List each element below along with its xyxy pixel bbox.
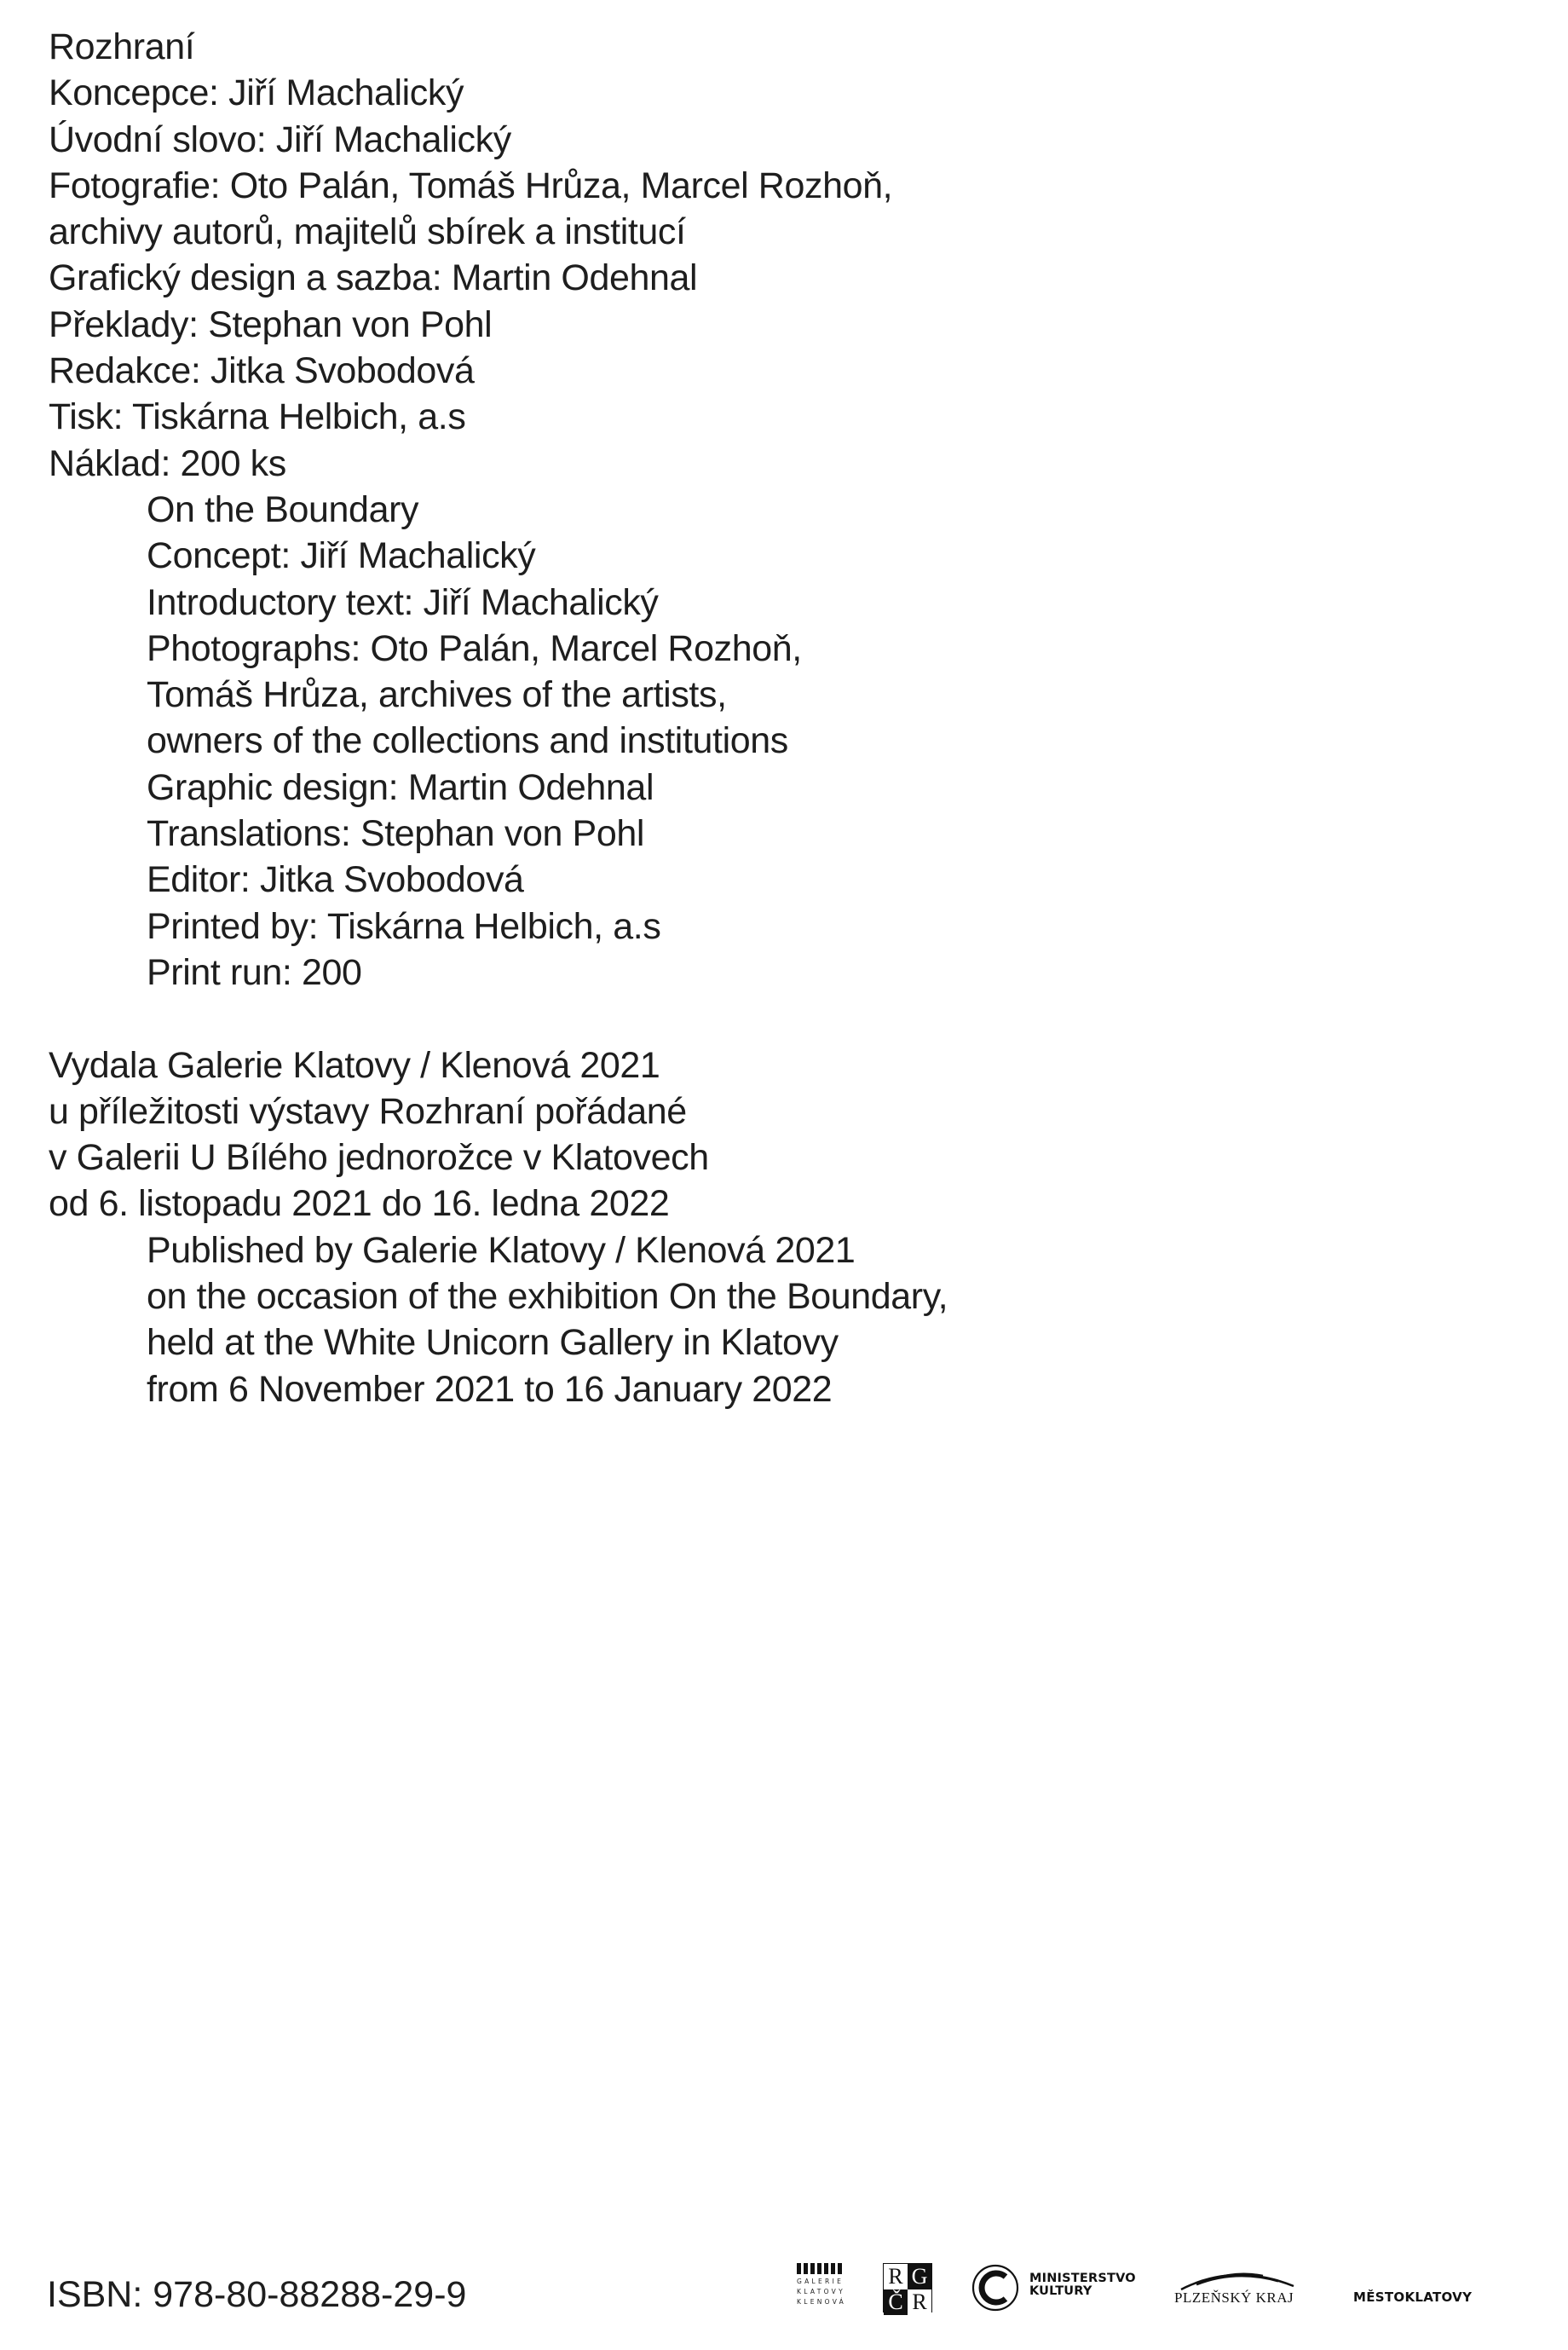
mesto-klatovy-logo: MĚSTOKLATOVY (1353, 2289, 1472, 2305)
credit-line-en: Translations: Stephan von Pohl (49, 811, 948, 857)
arc-icon (1174, 2267, 1302, 2291)
logo-letter: R (908, 2289, 931, 2315)
credit-line-en: Introductory text: Jiří Machalický (49, 580, 948, 626)
credit-line-cz: Překlady: Stephan von Pohl (49, 302, 948, 348)
spacer (49, 996, 948, 1042)
galerie-klatovy-logo: GALERIE KLATOVY KLENOVÁ (797, 2263, 846, 2307)
logo-text: PLZEŇSKÝ KRAJ (1174, 2289, 1302, 2307)
credit-line-en: Print run: 200 (49, 950, 948, 996)
logo-text: GALERIE (797, 2277, 846, 2287)
credit-line-en: owners of the collections and institutio… (49, 718, 948, 764)
colophon: Rozhraní Koncepce: Jiří Machalický Úvodn… (49, 24, 948, 1412)
rgcr-logo: R G Č R (883, 2263, 932, 2312)
credit-line-cz: Úvodní slovo: Jiří Machalický (49, 117, 948, 163)
publisher-line-cz: u příležitosti výstavy Rozhraní pořádané (49, 1088, 948, 1135)
credit-line-cz: Náklad: 200 ks (49, 441, 948, 487)
logo-text: KULTURY (1029, 2285, 1136, 2298)
credit-line-en: Photographs: Oto Palán, Marcel Rozhoň, (49, 626, 948, 672)
publisher-line-cz: od 6. listopadu 2021 do 16. ledna 2022 (49, 1181, 948, 1227)
ministerstvo-kultury-text: MINISTERSTVO KULTURY (1029, 2272, 1136, 2298)
title-cz: Rozhraní (49, 24, 948, 70)
credit-line-cz: Tisk: Tiskárna Helbich, a.s (49, 394, 948, 440)
publisher-line-cz: Vydala Galerie Klatovy / Klenová 2021 (49, 1042, 948, 1088)
publisher-line-en: on the occasion of the exhibition On the… (49, 1273, 948, 1319)
credit-line-cz: Fotografie: Oto Palán, Tomáš Hrůza, Marc… (49, 163, 948, 209)
logo-text: KLATOVY (797, 2287, 846, 2297)
publisher-line-en: held at the White Unicorn Gallery in Kla… (49, 1319, 948, 1366)
publisher-line-cz: v Galerii U Bílého jednorožce v Klatovec… (49, 1135, 948, 1181)
plzensky-kraj-logo: PLZEŇSKÝ KRAJ (1174, 2267, 1302, 2307)
credit-line-en: Graphic design: Martin Odehnal (49, 765, 948, 811)
logo-text: MINISTERSTVO (1029, 2272, 1136, 2285)
logo-letter: G (908, 2264, 931, 2289)
isbn: ISBN: 978-80-88288-29-9 (47, 2272, 466, 2318)
credit-line-en: Editor: Jitka Svobodová (49, 857, 948, 903)
title-en: On the Boundary (49, 487, 948, 533)
logo-text: KLENOVÁ (797, 2297, 846, 2307)
logo-letter: Č (884, 2289, 908, 2315)
credit-line-cz: Redakce: Jitka Svobodová (49, 348, 948, 394)
publisher-line-en: from 6 November 2021 to 16 January 2022 (49, 1366, 948, 1412)
publisher-line-en: Published by Galerie Klatovy / Klenová 2… (49, 1227, 948, 1273)
logo-letter: R (884, 2264, 908, 2289)
credit-line-en: Tomáš Hrůza, archives of the artists, (49, 672, 948, 718)
credit-line-cz: Koncepce: Jiří Machalický (49, 70, 948, 116)
credit-line-cz: archivy autorů, majitelů sbírek a instit… (49, 209, 948, 255)
ministerstvo-kultury-emblem-icon (971, 2264, 1019, 2312)
credit-line-en: Printed by: Tiskárna Helbich, a.s (49, 904, 948, 950)
credit-line-en: Concept: Jiří Machalický (49, 533, 948, 579)
credit-line-cz: Grafický design a sazba: Martin Odehnal (49, 255, 948, 301)
bars-icon (797, 2263, 846, 2274)
